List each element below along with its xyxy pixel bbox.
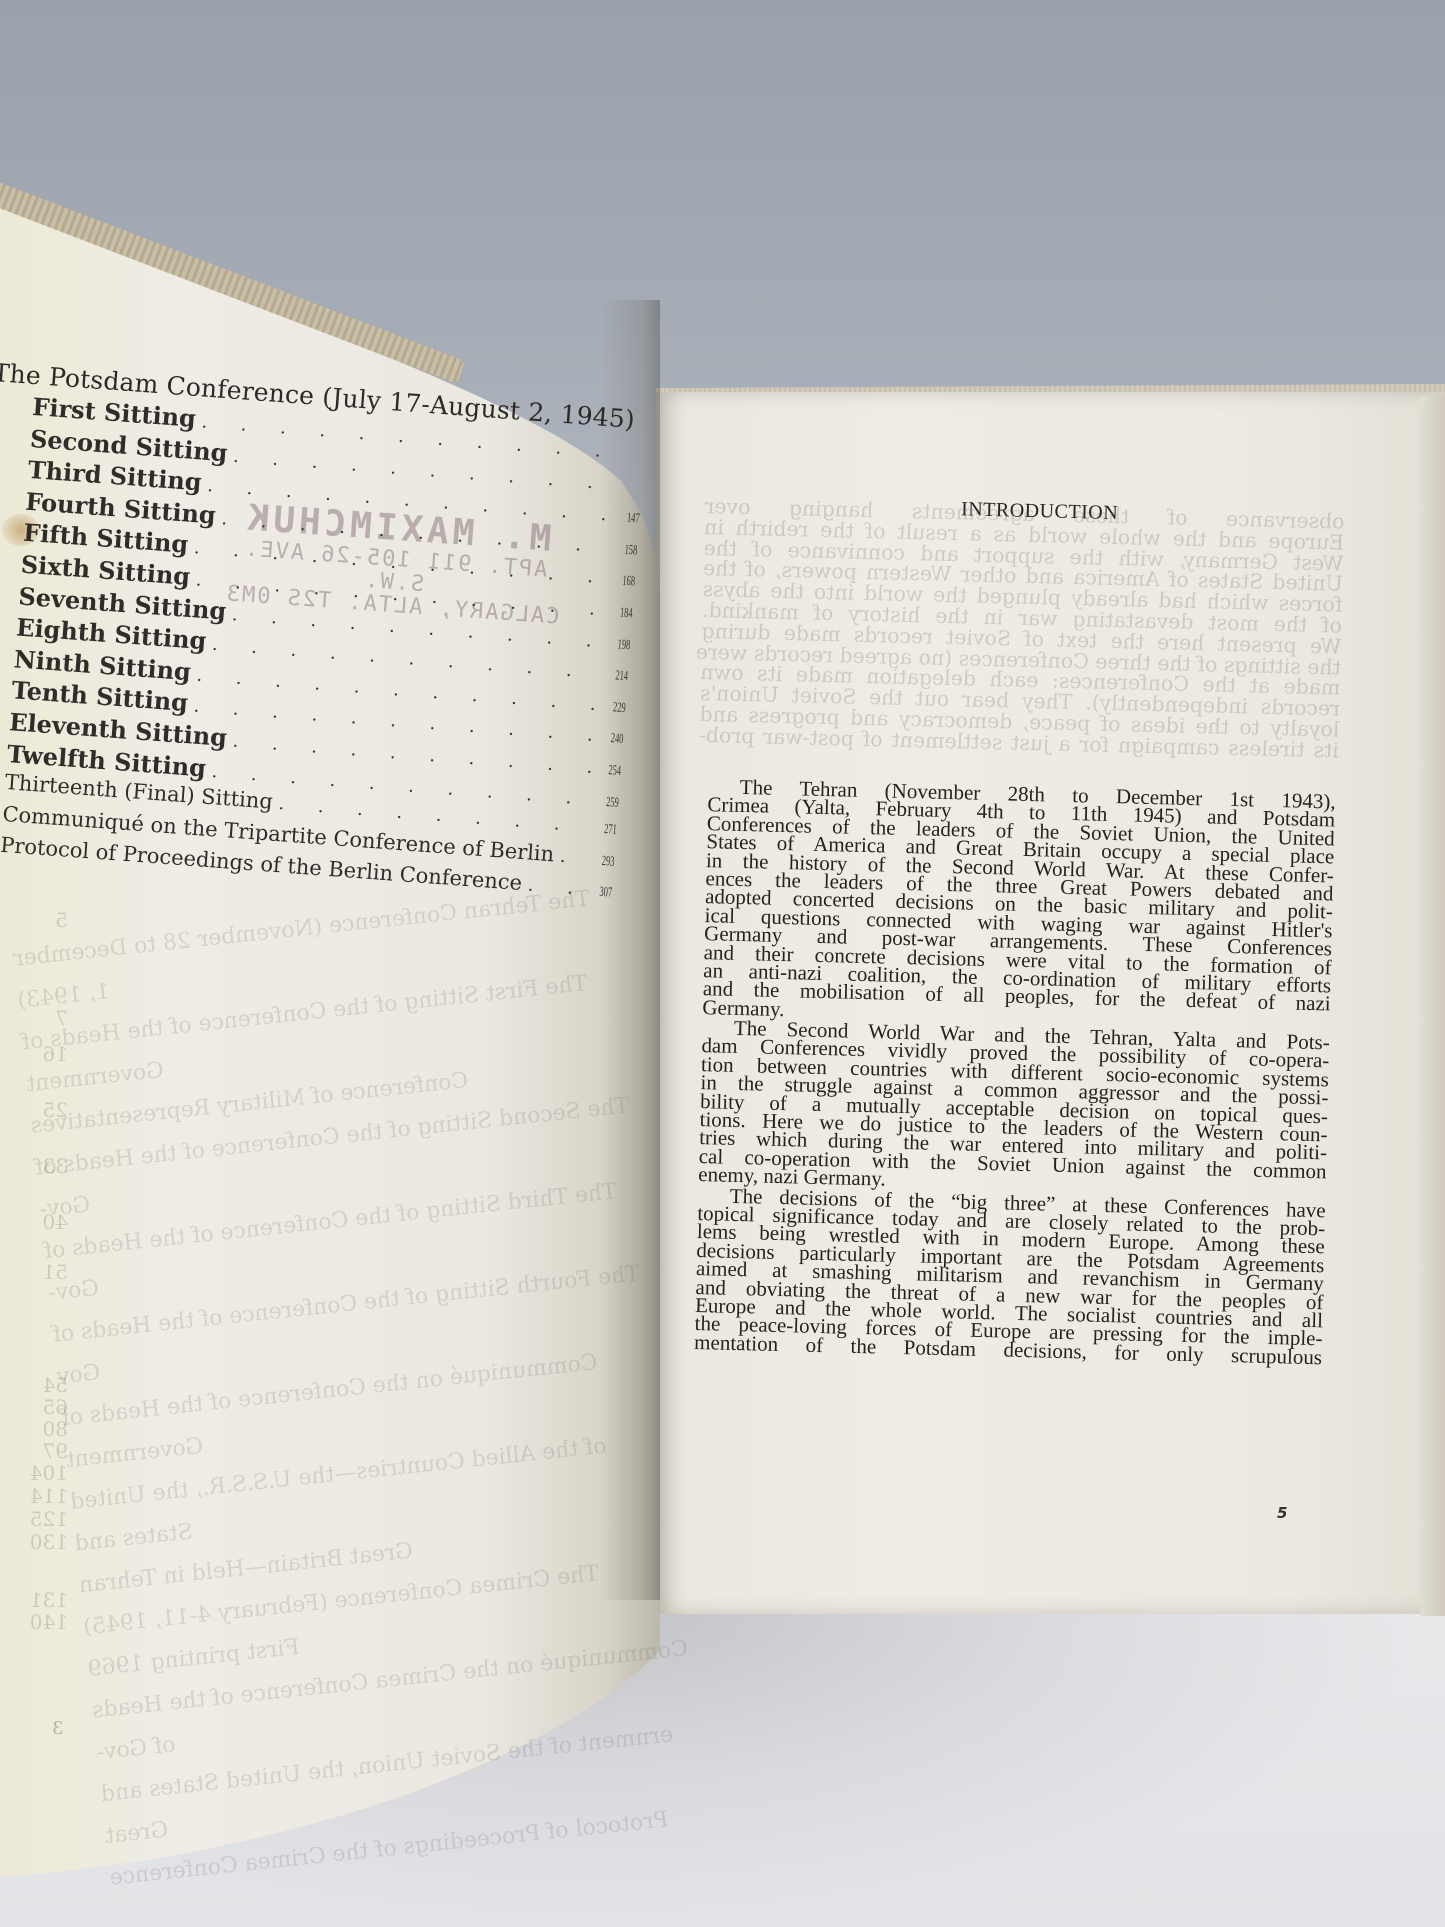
toc-entry-page: [628, 490, 641, 491]
toc-entry-page: 229: [612, 700, 626, 717]
toc-entry-page: 254: [607, 763, 621, 780]
toc-entry-page: [631, 459, 644, 460]
bleed-page-number: 125: [30, 1509, 68, 1529]
bleed-page-number: 25: [43, 1100, 68, 1120]
toc-entry-page: 259: [605, 795, 619, 812]
toc-entry-page: 240: [610, 732, 624, 749]
book-photo: M. MAXIMCHUK APT. 911 105-26 AVE. S.W. C…: [0, 0, 1445, 1927]
bleed-page-number: 51: [43, 1262, 68, 1282]
toc-entry-page: 271: [603, 822, 617, 839]
bleed-page-number: 40: [43, 1212, 68, 1232]
toc-entry-page: 198: [616, 637, 630, 654]
right-page-bleed-through: observance of these agreements hanging o…: [699, 496, 1345, 761]
page-number: 5: [1277, 1504, 1287, 1522]
bleed-page-number: 140: [30, 1612, 68, 1632]
bleed-page-number: 80: [43, 1419, 68, 1439]
toc-entry-page: 168: [621, 574, 635, 591]
bleed-page-number: 54: [43, 1375, 68, 1395]
toc-entry-page: 147: [626, 511, 640, 528]
toc-entry-page: 158: [623, 542, 637, 559]
bleed-page-number: 33: [43, 1156, 68, 1176]
left-page-folio: 3: [52, 1718, 63, 1739]
table-of-contents: The Potsdam Conference (July 17-August 2…: [0, 358, 652, 910]
toc-entry-page: 214: [614, 668, 628, 685]
toc-entry-page: 184: [619, 605, 633, 622]
bleed-page-number: 5: [55, 910, 68, 930]
introduction-body: The Tehran (November 28th to December 1s…: [694, 777, 1336, 1366]
toc-entry-page: 307: [598, 885, 612, 902]
dot-leader: . . . . . . . . . . . . . . . . . . . . …: [559, 846, 591, 869]
dot-leader: . . . . . . . . . . . . . . . . . . . . …: [527, 875, 589, 900]
bleed-page-number: 130: [30, 1532, 68, 1552]
bleed-page-number: 7: [55, 1008, 68, 1028]
bleed-page-number: 114: [30, 1486, 68, 1506]
bleed-page-number: 16: [43, 1044, 68, 1064]
bleed-page-number: 131: [30, 1590, 68, 1610]
left-page-bleed-through: The Tehran Conference (November 28 to De…: [11, 876, 709, 1899]
bleed-page-number: 97: [43, 1441, 68, 1461]
bleed-page-number: 65: [43, 1397, 68, 1417]
bleed-page-number: 104: [30, 1463, 68, 1483]
right-page-stack-edge: [1420, 396, 1445, 1616]
toc-entry-page: 293: [601, 854, 615, 871]
